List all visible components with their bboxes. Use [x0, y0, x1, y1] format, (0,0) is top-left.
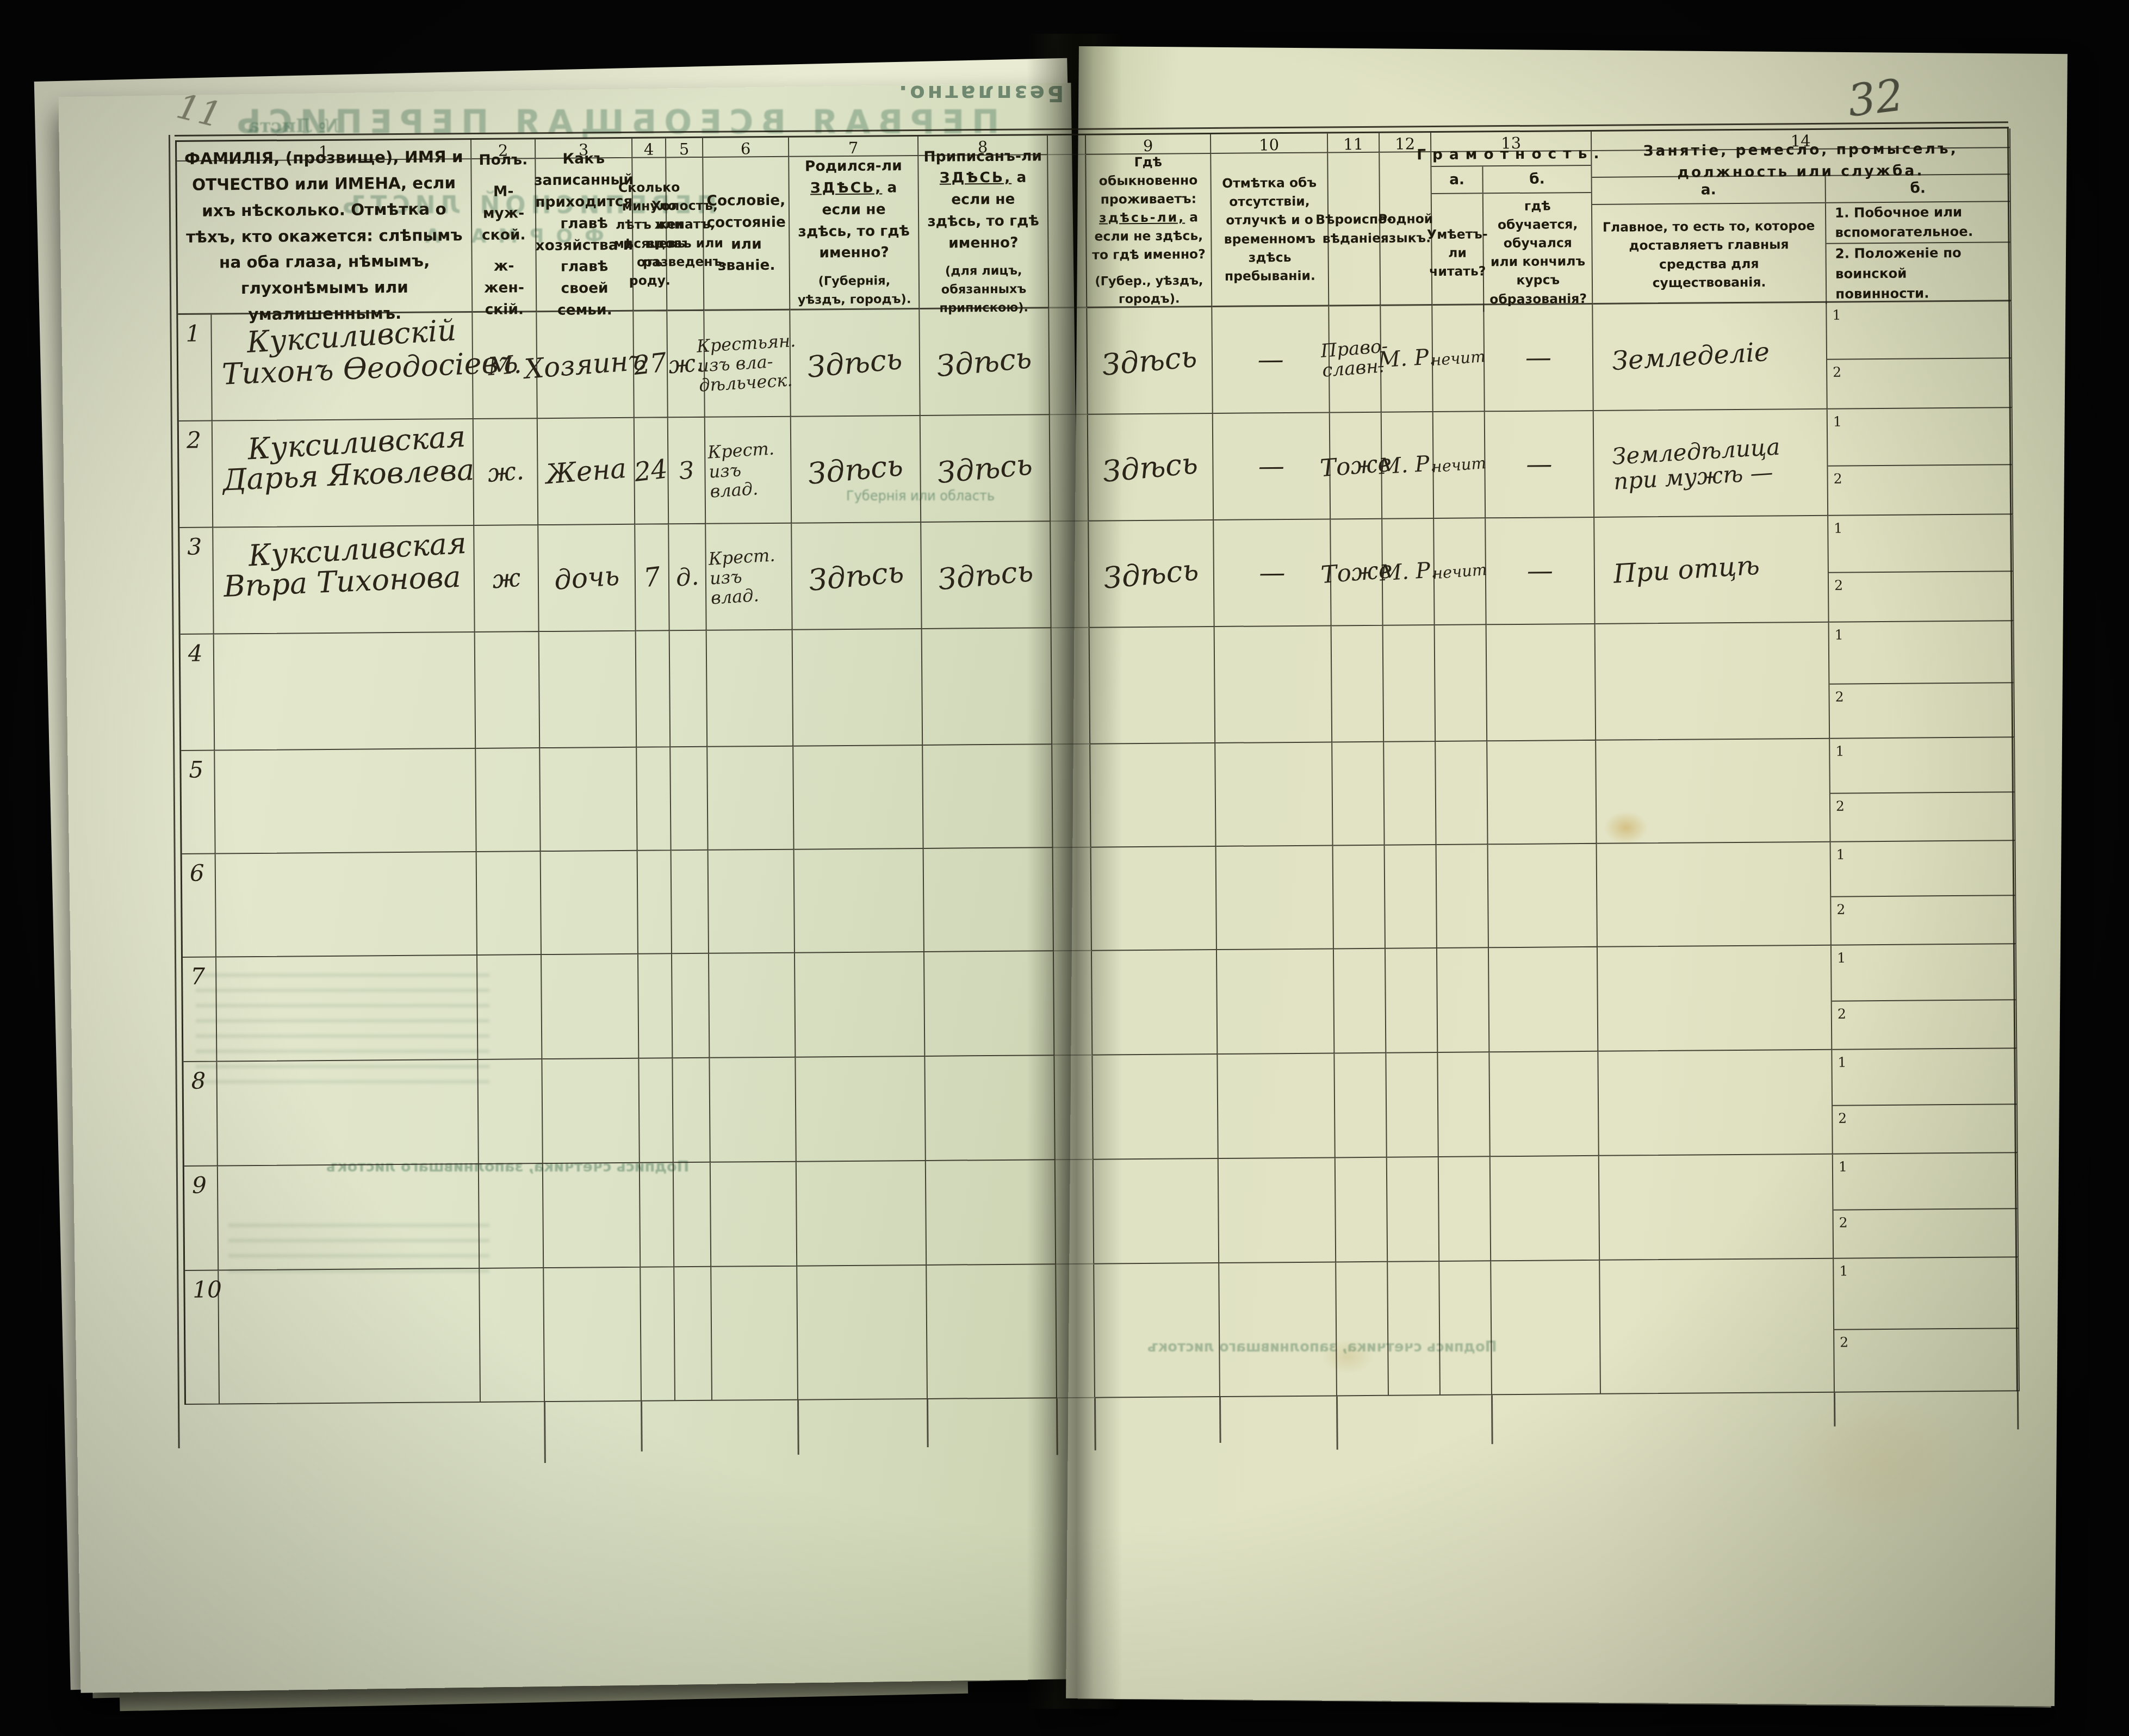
- r9-occupation: [1599, 1155, 1834, 1261]
- r10-born: [797, 1266, 928, 1400]
- r6-born: [795, 849, 924, 953]
- r8-marital: [673, 1058, 710, 1163]
- r2-marital: З: [668, 418, 706, 524]
- r4-age: [636, 631, 671, 747]
- page-number: 32: [1845, 70, 1906, 127]
- colnum-6: 6: [703, 138, 789, 158]
- r2-literate: нечит: [1433, 412, 1486, 519]
- r6-relation: [541, 851, 638, 955]
- r6-studied: [1488, 844, 1598, 948]
- r7-language: [1386, 948, 1438, 1053]
- line-stub: [1219, 1397, 1221, 1443]
- r10-literate: [1439, 1261, 1492, 1396]
- r4-language: [1383, 625, 1436, 742]
- r8-relation: [542, 1059, 640, 1164]
- r4-literate: [1435, 625, 1488, 742]
- r3-born: Здѣсь: [792, 523, 922, 630]
- r9-born: [797, 1161, 927, 1267]
- r9-sex: [479, 1164, 544, 1269]
- r3-religion: Тоже: [1331, 519, 1383, 627]
- r5-registered: [923, 745, 1053, 849]
- r7-born: [795, 952, 925, 1058]
- fold-gutter: [1056, 1160, 1094, 1265]
- r4-occupation-side: 12: [1829, 621, 2015, 739]
- r6-occupation: [1597, 842, 1832, 947]
- fold-gutter: [1049, 308, 1088, 416]
- r3-number: 3: [179, 528, 214, 635]
- r6-occupation-side: 12: [1831, 841, 2016, 945]
- r9-estate: [711, 1162, 797, 1267]
- census-table: 1 2 3 4 5 6 7 8 9 10 11 12 13 14 ФАМИЛІЯ…: [175, 127, 2018, 1405]
- r3-language: М. Р.: [1382, 519, 1435, 626]
- header-born-here: Родился-ли ЗДѢСЬ, а если не здѣсь, то гд…: [789, 156, 920, 311]
- r6-name: [216, 852, 477, 958]
- r7-sex: [477, 955, 542, 1060]
- r2-absence: —: [1213, 413, 1331, 520]
- r6-language: [1385, 845, 1437, 949]
- r3-marital: д.: [669, 524, 706, 631]
- r4-born: [793, 629, 923, 747]
- r7-marital: [672, 954, 710, 1058]
- r2-occupation-side: 12: [1828, 408, 2013, 516]
- r5-marital: [671, 747, 708, 851]
- fold-gutter: [1054, 951, 1093, 1056]
- r1-resides: Здѣсь: [1087, 307, 1213, 415]
- r1-literate: нечит: [1432, 305, 1485, 412]
- r5-occupation-side: 12: [1830, 737, 2015, 842]
- r10-occupation: [1600, 1259, 1835, 1394]
- r10-age: [641, 1267, 675, 1401]
- r4-estate: [707, 630, 794, 747]
- r8-religion: [1334, 1053, 1387, 1158]
- header-literacy: Грамотность. а.б. Умѣетъ-ли читать?гдѣ о…: [1431, 151, 1593, 306]
- r1-registered: Здѣсь: [920, 308, 1050, 416]
- r5-resides: [1090, 743, 1216, 848]
- r6-age: [638, 851, 672, 954]
- r1-born: Здѣсь: [790, 309, 920, 417]
- r8-born: [796, 1057, 926, 1162]
- r2-resides: Здѣсь: [1088, 414, 1214, 522]
- r10-relation: [544, 1268, 642, 1402]
- fold-gutter: [1053, 848, 1092, 952]
- r5-name: [215, 749, 476, 854]
- colnum-5: 5: [666, 138, 703, 158]
- line-stub: [927, 1399, 929, 1447]
- r6-number: 6: [182, 854, 216, 957]
- r3-registered: Здѣсь: [921, 522, 1051, 629]
- r4-occupation: [1596, 623, 1830, 741]
- r2-studied: —: [1485, 411, 1594, 518]
- r2-sex: ж.: [474, 419, 538, 526]
- colnum-7: 7: [789, 137, 918, 157]
- r1-number: 1: [178, 315, 212, 421]
- r8-occupation-side: 12: [1832, 1049, 2018, 1154]
- r9-literate: [1439, 1157, 1491, 1262]
- r1-relation: Хозяинъ: [537, 312, 634, 419]
- r6-religion: [1333, 846, 1386, 950]
- r1-absence: —: [1212, 306, 1330, 414]
- r7-resides: [1092, 950, 1218, 1056]
- r9-marital: [674, 1163, 711, 1267]
- r9-relation: [543, 1163, 641, 1268]
- r3-sex: ж: [474, 525, 539, 633]
- r7-occupation-side: 12: [1832, 944, 2017, 1050]
- r4-absence: [1215, 626, 1333, 743]
- r7-name: [216, 956, 478, 1062]
- fold-gutter: [1054, 1056, 1093, 1161]
- r3-literate: нечит: [1434, 518, 1486, 625]
- r8-age: [639, 1058, 673, 1163]
- header-name: ФАМИЛІЯ, (прозвище), ИМЯ и ОТЧЕСТВО или …: [177, 159, 473, 315]
- r1-language: М. Р.: [1381, 306, 1433, 413]
- r2-religion: Тоже: [1330, 413, 1382, 520]
- r3-resides: Здѣсь: [1089, 520, 1214, 628]
- r8-name: [217, 1060, 479, 1167]
- r7-registered: [924, 951, 1054, 1057]
- r4-name: [214, 633, 476, 751]
- line-stub: [2017, 1391, 2019, 1429]
- header-estate: Сословіе, состояніе или званіе.: [703, 157, 790, 311]
- free-of-charge-stamp: Безплатно.: [896, 80, 1064, 106]
- r5-estate: [707, 747, 794, 851]
- r9-absence: [1219, 1158, 1336, 1263]
- r2-born: Здѣсь: [791, 416, 921, 524]
- r5-absence: [1215, 742, 1333, 847]
- r9-occupation-side: 12: [1833, 1153, 2019, 1258]
- r7-number: 7: [183, 957, 217, 1062]
- r6-estate: [709, 850, 795, 954]
- r10-language: [1388, 1262, 1441, 1396]
- r8-studied: [1489, 1052, 1599, 1157]
- fold-gutter: [1050, 415, 1089, 522]
- r4-relation: [539, 631, 637, 748]
- fold-gutter: [1052, 628, 1091, 745]
- r1-occupation: Земледеліе: [1593, 303, 1827, 411]
- r9-name: [218, 1164, 480, 1271]
- line-stub: [1834, 1393, 1835, 1427]
- header-absence: Отмѣтка объ отсутствіи, отлучкѣ и о врем…: [1211, 153, 1329, 307]
- r9-language: [1387, 1157, 1439, 1262]
- fold-gutter: [1056, 1264, 1095, 1399]
- r10-estate: [711, 1267, 798, 1401]
- r7-occupation: [1598, 946, 1832, 1052]
- r2-estate: Крест. изъ влад.: [705, 417, 792, 524]
- r10-occupation-side: 12: [1834, 1257, 2020, 1392]
- r4-resides: [1090, 627, 1216, 745]
- r8-estate: [710, 1058, 796, 1163]
- r10-resides: [1094, 1263, 1220, 1398]
- r6-sex: [477, 852, 542, 956]
- fold-gutter: [1048, 155, 1087, 309]
- r6-marital: [672, 851, 709, 954]
- header-registered-here: Приписанъ-ли ЗДѢСЬ, а если не здѣсь, то …: [918, 155, 1049, 309]
- r5-occupation: [1596, 739, 1830, 844]
- r7-estate: [709, 953, 796, 1058]
- r4-religion: [1332, 626, 1385, 743]
- fold-gutter: [1051, 522, 1089, 629]
- paper-stain: [1784, 1392, 1979, 1534]
- colnum-11: 11: [1328, 133, 1380, 153]
- r8-absence: [1218, 1053, 1335, 1159]
- r6-resides: [1091, 847, 1217, 951]
- header-sex: Полъ. М-муж-ской. ж-жен-скій.: [471, 159, 537, 313]
- r2-relation: Жена: [538, 418, 635, 525]
- r5-sex: [476, 748, 541, 852]
- r10-registered: [927, 1264, 1057, 1399]
- r3-estate: Крест. изъ влад.: [706, 524, 792, 631]
- r1-age: 27: [634, 311, 668, 418]
- r1-studied: —: [1484, 305, 1593, 412]
- r8-literate: [1438, 1052, 1490, 1157]
- r4-marital: [670, 631, 708, 747]
- line-stub: [1491, 1395, 1493, 1444]
- r6-registered: [924, 848, 1054, 952]
- header-language: Родной языкъ.: [1380, 152, 1432, 306]
- scanned-census-sheet: { "page": { "number_top_right": "32", "p…: [0, 0, 2129, 1736]
- r5-language: [1384, 742, 1436, 846]
- r10-sex: [480, 1268, 545, 1403]
- r8-language: [1386, 1053, 1438, 1158]
- r8-resides: [1093, 1055, 1218, 1160]
- colnum-10: 10: [1211, 133, 1328, 154]
- r10-studied: [1491, 1261, 1601, 1395]
- header-marital: Холостъ, женатъ, вдовъ или разведенъ.: [666, 158, 704, 311]
- r9-studied: [1491, 1156, 1600, 1261]
- r5-religion: [1332, 742, 1385, 846]
- r4-sex: [475, 632, 541, 749]
- colnum-4: 4: [632, 138, 666, 158]
- r5-age: [637, 747, 671, 851]
- r7-relation: [542, 954, 639, 1059]
- r3-name: КуксиливскаяВѣра Тихонова: [213, 526, 475, 635]
- r1-estate: Крестьян. изъ вла- дѣльческ.: [704, 311, 791, 418]
- r10-marital: [674, 1267, 712, 1401]
- r9-age: [640, 1163, 674, 1267]
- r5-studied: [1487, 741, 1597, 845]
- r3-occupation-side: 12: [1828, 514, 2014, 622]
- r9-resides: [1094, 1159, 1219, 1264]
- r1-religion: Право- славн.: [1329, 306, 1381, 413]
- r2-number: 2: [179, 421, 213, 528]
- r2-occupation: Земледѣлица при мужѣ —: [1594, 410, 1828, 518]
- r4-number: 4: [181, 634, 215, 751]
- r5-literate: [1436, 741, 1488, 845]
- r10-number: 10: [185, 1270, 220, 1404]
- r8-occupation: [1598, 1050, 1833, 1156]
- r1-name: КуксиливскійТихонъ Ѳеодосіевъ: [212, 313, 473, 421]
- r2-language: М. Р.: [1382, 412, 1434, 519]
- r8-registered: [925, 1056, 1055, 1161]
- header-religion: Вѣроиспо-вѣданіе.: [1328, 153, 1381, 307]
- r6-literate: [1437, 845, 1489, 948]
- r9-number: 9: [184, 1166, 219, 1270]
- r10-name: [219, 1269, 481, 1405]
- r5-born: [793, 746, 923, 850]
- r5-number: 5: [181, 751, 215, 854]
- r7-religion: [1334, 949, 1386, 1054]
- r6-absence: [1216, 846, 1334, 950]
- r10-religion: [1336, 1262, 1389, 1397]
- r7-absence: [1217, 949, 1334, 1055]
- r7-age: [638, 954, 673, 1058]
- r3-relation: дочь: [538, 525, 636, 632]
- r2-registered: Здѣсь: [921, 415, 1051, 523]
- fold-gutter: [1052, 745, 1091, 848]
- r3-studied: —: [1486, 518, 1595, 625]
- header-resides: Гдѣ обыкновенно проживаетъ: здѣсь-ли, а …: [1086, 154, 1212, 308]
- r3-absence: —: [1214, 519, 1331, 627]
- r3-occupation: При отцѣ: [1594, 516, 1829, 624]
- r7-literate: [1437, 948, 1489, 1053]
- r4-studied: [1487, 624, 1597, 741]
- r3-age: 7: [635, 524, 669, 631]
- r1-occupation-side: 12: [1827, 301, 2012, 409]
- r10-absence: [1219, 1262, 1337, 1397]
- r2-age: 24: [635, 418, 669, 524]
- r9-registered: [926, 1160, 1056, 1266]
- r4-registered: [922, 628, 1053, 746]
- r8-number: 8: [183, 1062, 218, 1166]
- r9-religion: [1336, 1158, 1388, 1263]
- r5-relation: [540, 748, 637, 852]
- r7-studied: [1489, 947, 1598, 1052]
- r2-name: КуксиливскаяДарья Яковлева: [213, 419, 474, 528]
- r8-sex: [478, 1059, 543, 1164]
- header-occupation: Занятіе, ремесло, промыселъ, должность и…: [1592, 148, 2012, 305]
- fold-gutter: [1048, 135, 1086, 156]
